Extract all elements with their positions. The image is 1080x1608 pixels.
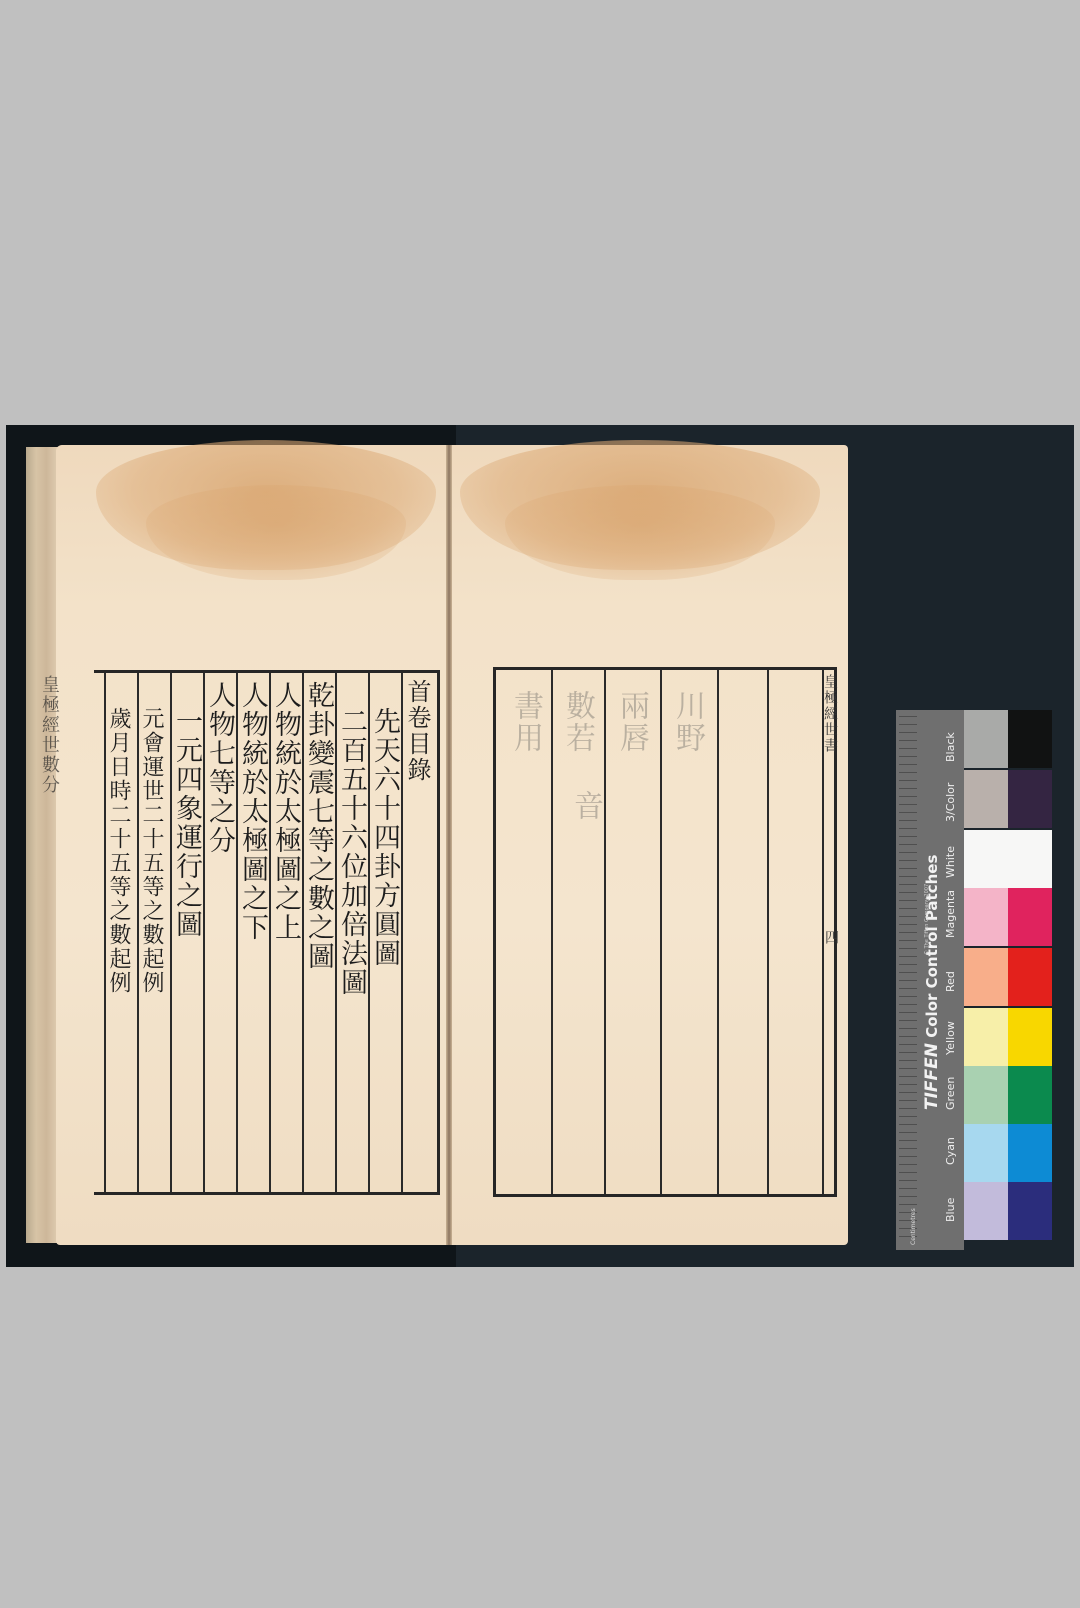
toc-entry: 乾卦變震七等之數之圖: [305, 681, 332, 971]
patch-label: Blue: [944, 1198, 957, 1222]
margin-title: 皇極經世書: [823, 674, 837, 754]
page-edge-stack: [26, 447, 60, 1243]
ruler-ticks: [899, 716, 917, 1244]
patch-magenta-light: [964, 888, 1008, 946]
book-photograph: 首卷目錄 先天六十四卦方圓圖 二百五十六位加倍法圖 乾卦變震七等之數之圖 人物統…: [6, 425, 1074, 1267]
patch-green-light: [964, 1066, 1008, 1124]
patch-label: Red: [944, 971, 957, 992]
copyright-text: © The Tiffen Company 2007: [924, 884, 930, 955]
bleed-through-text: 川野: [672, 690, 702, 754]
bleed-through-text: 兩唇: [616, 690, 646, 754]
patch-label: White: [944, 846, 957, 878]
toc-entry: 先天六十四卦方圓圖: [371, 707, 398, 968]
patch-3color-dark: [1008, 770, 1052, 828]
water-stain-core: [146, 485, 406, 580]
right-text-frame: 書用 數若 兩唇 川野 音 皇極經世書 四: [493, 667, 837, 1197]
toc-entry: 人物統於太極圖之上: [272, 681, 299, 942]
patch-label: Magenta: [944, 890, 957, 938]
color-control-chart: TIFFEN Color Control Patches © The Tiffe…: [896, 710, 1054, 1250]
bleed-through-text: 書用: [510, 690, 540, 754]
patch-label: Black: [944, 732, 957, 762]
patch-label: Green: [944, 1077, 957, 1110]
patch-red-dark: [1008, 948, 1052, 1006]
patch-green-dark: [1008, 1066, 1052, 1124]
ruler: TIFFEN Color Control Patches © The Tiffe…: [896, 710, 964, 1250]
left-text-frame: 首卷目錄 先天六十四卦方圓圖 二百五十六位加倍法圖 乾卦變震七等之數之圖 人物統…: [94, 670, 440, 1195]
toc-heading: 首卷目錄: [405, 679, 429, 783]
patch-yellow-light: [964, 1008, 1008, 1066]
patch-red-light: [964, 948, 1008, 1006]
patch-3color-light: [964, 770, 1008, 828]
patch-blue-dark: [1008, 1182, 1052, 1240]
patch-blue-light: [964, 1182, 1008, 1240]
toc-entry: 人物七等之分: [206, 681, 233, 855]
units-label: Centimetres: [910, 1208, 917, 1245]
bleed-through-text: 音: [570, 790, 600, 822]
toc-entry: 二百五十六位加倍法圖: [338, 707, 365, 997]
toc-entry: 歲月日時二十五等之數起例: [107, 707, 129, 995]
margin-page-number: 四: [824, 930, 838, 946]
patch-white: [964, 830, 1052, 888]
patch-black-dark: [1008, 710, 1052, 768]
toc-entry: 元會運世二十五等之數起例: [140, 707, 162, 995]
water-stain-core: [505, 485, 775, 580]
patch-cyan-dark: [1008, 1124, 1052, 1182]
patch-cyan-light: [964, 1124, 1008, 1182]
patch-black-light: [964, 710, 1008, 768]
tiffen-logo: TIFFEN: [922, 1043, 942, 1110]
patch-label: Cyan: [944, 1137, 957, 1165]
toc-entry: 一元四象運行之圖: [173, 707, 200, 939]
book-gutter: [446, 445, 452, 1245]
patch-yellow-dark: [1008, 1008, 1052, 1066]
toc-entry: 人物統於太極圖之下: [239, 681, 266, 942]
bleed-through-text: 數若: [562, 690, 592, 754]
patch-magenta-dark: [1008, 888, 1052, 946]
spine-title: 皇極經世數分: [36, 675, 62, 795]
patch-label: 3/Color: [944, 783, 957, 822]
patch-label: Yellow: [944, 1021, 957, 1055]
